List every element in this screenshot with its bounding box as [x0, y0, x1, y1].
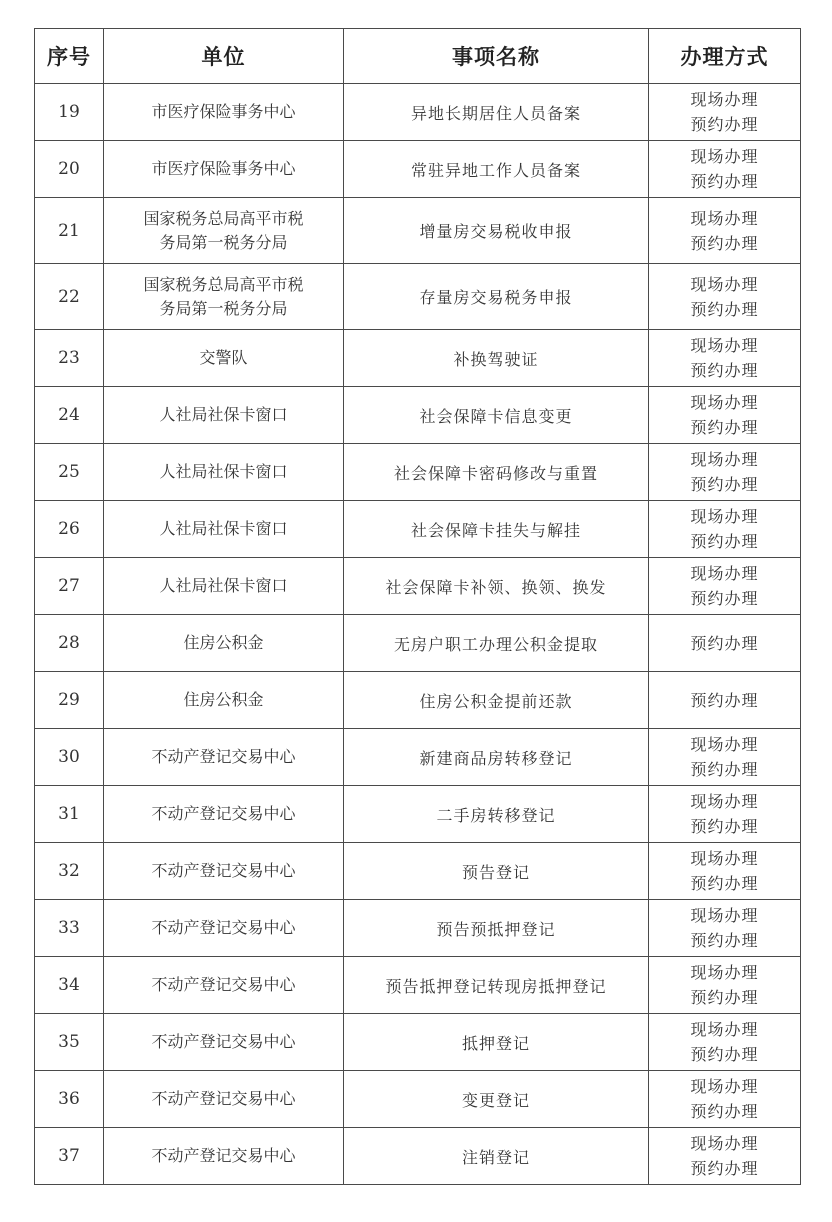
row-number-cell: 31 — [35, 786, 104, 843]
methods-cell: 预约办理 — [649, 672, 801, 729]
table-row: 20 市医疗保险事务中心 常驻异地工作人员备案 现场办理预约办理 — [35, 141, 801, 198]
method-line: 预约办理 — [649, 688, 800, 713]
item-cell: 社会保障卡挂失与解挂 — [344, 501, 649, 558]
method-line: 预约办理 — [649, 472, 800, 497]
methods-cell: 现场办理预约办理 — [649, 264, 801, 330]
unit-cell: 国家税务总局高平市税务局第一税务分局 — [104, 198, 344, 264]
header-serial-number: 序号 — [35, 29, 104, 84]
item-cell: 异地长期居住人员备案 — [344, 84, 649, 141]
method-line: 现场办理 — [649, 333, 800, 358]
method-line: 预约办理 — [649, 297, 800, 322]
item-cell: 住房公积金提前还款 — [344, 672, 649, 729]
method-line: 预约办理 — [649, 112, 800, 137]
table-row: 31 不动产登记交易中心 二手房转移登记 现场办理预约办理 — [35, 786, 801, 843]
method-line: 现场办理 — [649, 144, 800, 169]
header-processing-method: 办理方式 — [649, 29, 801, 84]
table-row: 30 不动产登记交易中心 新建商品房转移登记 现场办理预约办理 — [35, 729, 801, 786]
item-cell: 变更登记 — [344, 1071, 649, 1128]
method-line: 预约办理 — [649, 1042, 800, 1067]
unit-cell: 不动产登记交易中心 — [104, 1071, 344, 1128]
method-line: 现场办理 — [649, 1074, 800, 1099]
item-cell: 社会保障卡补领、换领、换发 — [344, 558, 649, 615]
unit-cell: 人社局社保卡窗口 — [104, 387, 344, 444]
row-number-cell: 21 — [35, 198, 104, 264]
table-row: 24 人社局社保卡窗口 社会保障卡信息变更 现场办理预约办理 — [35, 387, 801, 444]
methods-cell: 现场办理预约办理 — [649, 387, 801, 444]
methods-cell: 现场办理预约办理 — [649, 1071, 801, 1128]
item-cell: 常驻异地工作人员备案 — [344, 141, 649, 198]
row-number-cell: 19 — [35, 84, 104, 141]
service-items-table: 序号 单位 事项名称 办理方式 19 市医疗保险事务中心 异地长期居住人员备案 … — [34, 28, 801, 1185]
item-cell: 补换驾驶证 — [344, 330, 649, 387]
row-number-cell: 30 — [35, 729, 104, 786]
table-row: 35 不动产登记交易中心 抵押登记 现场办理预约办理 — [35, 1014, 801, 1071]
unit-cell: 市医疗保险事务中心 — [104, 141, 344, 198]
table-row: 28 住房公积金 无房户职工办理公积金提取 预约办理 — [35, 615, 801, 672]
item-cell: 增量房交易税收申报 — [344, 198, 649, 264]
method-line: 预约办理 — [649, 169, 800, 194]
item-cell: 新建商品房转移登记 — [344, 729, 649, 786]
method-line: 预约办理 — [649, 928, 800, 953]
item-cell: 预告登记 — [344, 843, 649, 900]
method-line: 现场办理 — [649, 1017, 800, 1042]
item-cell: 抵押登记 — [344, 1014, 649, 1071]
table-row: 29 住房公积金 住房公积金提前还款 预约办理 — [35, 672, 801, 729]
unit-cell: 不动产登记交易中心 — [104, 729, 344, 786]
row-number-cell: 27 — [35, 558, 104, 615]
unit-cell: 不动产登记交易中心 — [104, 900, 344, 957]
methods-cell: 现场办理预约办理 — [649, 84, 801, 141]
row-number-cell: 35 — [35, 1014, 104, 1071]
unit-cell: 人社局社保卡窗口 — [104, 558, 344, 615]
method-line: 现场办理 — [649, 504, 800, 529]
methods-cell: 现场办理预约办理 — [649, 843, 801, 900]
method-line: 预约办理 — [649, 1156, 800, 1181]
unit-cell: 不动产登记交易中心 — [104, 957, 344, 1014]
method-line: 预约办理 — [649, 231, 800, 256]
table-row: 37 不动产登记交易中心 注销登记 现场办理预约办理 — [35, 1128, 801, 1185]
unit-cell: 不动产登记交易中心 — [104, 1128, 344, 1185]
unit-cell: 不动产登记交易中心 — [104, 1014, 344, 1071]
method-line: 现场办理 — [649, 561, 800, 586]
methods-cell: 现场办理预约办理 — [649, 558, 801, 615]
row-number-cell: 20 — [35, 141, 104, 198]
method-line: 现场办理 — [649, 846, 800, 871]
row-number-cell: 25 — [35, 444, 104, 501]
table-row: 34 不动产登记交易中心 预告抵押登记转现房抵押登记 现场办理预约办理 — [35, 957, 801, 1014]
item-cell: 预告预抵押登记 — [344, 900, 649, 957]
methods-cell: 现场办理预约办理 — [649, 444, 801, 501]
method-line: 预约办理 — [649, 631, 800, 656]
table-body: 19 市医疗保险事务中心 异地长期居住人员备案 现场办理预约办理 20 市医疗保… — [35, 84, 801, 1185]
unit-cell: 交警队 — [104, 330, 344, 387]
table-row: 25 人社局社保卡窗口 社会保障卡密码修改与重置 现场办理预约办理 — [35, 444, 801, 501]
method-line: 现场办理 — [649, 272, 800, 297]
methods-cell: 现场办理预约办理 — [649, 786, 801, 843]
methods-cell: 现场办理预约办理 — [649, 957, 801, 1014]
document-page: 序号 单位 事项名称 办理方式 19 市医疗保险事务中心 异地长期居住人员备案 … — [0, 0, 832, 1222]
table-row: 22 国家税务总局高平市税务局第一税务分局 存量房交易税务申报 现场办理预约办理 — [35, 264, 801, 330]
method-line: 现场办理 — [649, 390, 800, 415]
table-row: 36 不动产登记交易中心 变更登记 现场办理预约办理 — [35, 1071, 801, 1128]
method-line: 现场办理 — [649, 1131, 800, 1156]
unit-cell: 人社局社保卡窗口 — [104, 501, 344, 558]
method-line: 预约办理 — [649, 1099, 800, 1124]
item-cell: 二手房转移登记 — [344, 786, 649, 843]
unit-cell: 市医疗保险事务中心 — [104, 84, 344, 141]
row-number-cell: 36 — [35, 1071, 104, 1128]
methods-cell: 现场办理预约办理 — [649, 330, 801, 387]
item-cell: 无房户职工办理公积金提取 — [344, 615, 649, 672]
row-number-cell: 33 — [35, 900, 104, 957]
table-header-row: 序号 单位 事项名称 办理方式 — [35, 29, 801, 84]
table-row: 27 人社局社保卡窗口 社会保障卡补领、换领、换发 现场办理预约办理 — [35, 558, 801, 615]
header-unit: 单位 — [104, 29, 344, 84]
method-line: 预约办理 — [649, 529, 800, 554]
row-number-cell: 23 — [35, 330, 104, 387]
row-number-cell: 26 — [35, 501, 104, 558]
method-line: 预约办理 — [649, 985, 800, 1010]
unit-cell: 住房公积金 — [104, 615, 344, 672]
row-number-cell: 32 — [35, 843, 104, 900]
methods-cell: 预约办理 — [649, 615, 801, 672]
item-cell: 存量房交易税务申报 — [344, 264, 649, 330]
row-number-cell: 24 — [35, 387, 104, 444]
table-row: 26 人社局社保卡窗口 社会保障卡挂失与解挂 现场办理预约办理 — [35, 501, 801, 558]
row-number-cell: 37 — [35, 1128, 104, 1185]
methods-cell: 现场办理预约办理 — [649, 141, 801, 198]
method-line: 预约办理 — [649, 814, 800, 839]
row-number-cell: 22 — [35, 264, 104, 330]
unit-cell: 不动产登记交易中心 — [104, 843, 344, 900]
item-cell: 预告抵押登记转现房抵押登记 — [344, 957, 649, 1014]
method-line: 预约办理 — [649, 871, 800, 896]
methods-cell: 现场办理预约办理 — [649, 198, 801, 264]
methods-cell: 现场办理预约办理 — [649, 1128, 801, 1185]
method-line: 预约办理 — [649, 586, 800, 611]
table-row: 32 不动产登记交易中心 预告登记 现场办理预约办理 — [35, 843, 801, 900]
unit-cell: 人社局社保卡窗口 — [104, 444, 344, 501]
item-cell: 社会保障卡密码修改与重置 — [344, 444, 649, 501]
unit-cell: 国家税务总局高平市税务局第一税务分局 — [104, 264, 344, 330]
row-number-cell: 34 — [35, 957, 104, 1014]
method-line: 现场办理 — [649, 789, 800, 814]
method-line: 预约办理 — [649, 415, 800, 440]
item-cell: 社会保障卡信息变更 — [344, 387, 649, 444]
table-row: 21 国家税务总局高平市税务局第一税务分局 增量房交易税收申报 现场办理预约办理 — [35, 198, 801, 264]
methods-cell: 现场办理预约办理 — [649, 1014, 801, 1071]
table-row: 23 交警队 补换驾驶证 现场办理预约办理 — [35, 330, 801, 387]
method-line: 现场办理 — [649, 960, 800, 985]
method-line: 现场办理 — [649, 447, 800, 472]
table-row: 33 不动产登记交易中心 预告预抵押登记 现场办理预约办理 — [35, 900, 801, 957]
method-line: 预约办理 — [649, 757, 800, 782]
methods-cell: 现场办理预约办理 — [649, 900, 801, 957]
method-line: 现场办理 — [649, 903, 800, 928]
header-item-name: 事项名称 — [344, 29, 649, 84]
method-line: 现场办理 — [649, 87, 800, 112]
item-cell: 注销登记 — [344, 1128, 649, 1185]
method-line: 现场办理 — [649, 206, 800, 231]
row-number-cell: 29 — [35, 672, 104, 729]
methods-cell: 现场办理预约办理 — [649, 501, 801, 558]
unit-cell: 不动产登记交易中心 — [104, 786, 344, 843]
method-line: 预约办理 — [649, 358, 800, 383]
unit-cell: 住房公积金 — [104, 672, 344, 729]
method-line: 现场办理 — [649, 732, 800, 757]
methods-cell: 现场办理预约办理 — [649, 729, 801, 786]
row-number-cell: 28 — [35, 615, 104, 672]
table-row: 19 市医疗保险事务中心 异地长期居住人员备案 现场办理预约办理 — [35, 84, 801, 141]
